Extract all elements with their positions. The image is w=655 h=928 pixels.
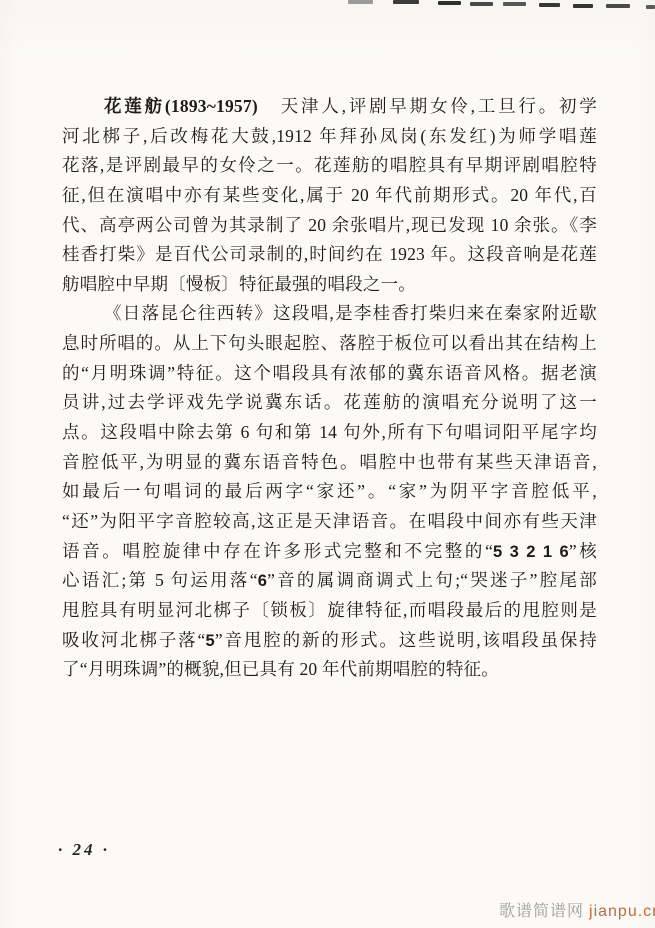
jianpu-note: 5 3 2 1 (493, 543, 559, 561)
text-line: “还”为阳平字音腔较高,这正是天津语音。在唱段中间亦有些天津 (62, 507, 597, 537)
text-run: 的“月明珠调”特征。这个唱段具有浓郁的冀东语音风格。据老演 (62, 363, 597, 383)
text-line: 语音。唱腔旋律中存在许多形式完整和不完整的“5 3 2 1 6”核 (62, 537, 597, 567)
text-run: ”音甩腔的新的形式。这些说明,该唱段虽保持 (215, 630, 597, 650)
text-run: 吸收河北梆子落“ (62, 630, 206, 650)
text-line: 的“月明珠调”特征。这个唱段具有浓郁的冀东语音风格。据老演 (62, 359, 597, 389)
jianpu-note: 5 (206, 632, 215, 650)
entry-title: 花莲舫(1893~1957) (104, 96, 258, 116)
text-line: 河北梆子,后改梅花大鼓,1912 年拜孙凤岗(东发红)为师学唱莲 (62, 122, 597, 152)
text-line: 花落,是评剧最早的女伶之一。花莲舫的唱腔具有早期评剧唱腔特 (62, 151, 597, 181)
text-run: 心语汇;第 5 句运用落“ (62, 570, 258, 590)
paragraph: 花莲舫(1893~1957) 天津人,评剧早期女伶,工旦行。初学河北梆子,后改梅… (62, 92, 597, 299)
dash-mark (438, 1, 461, 5)
text-line: 如最后一句唱词的最后两字“家还”。“家”为阴平字音腔低平, (62, 477, 597, 507)
text-run: 息时所唱的。从上下句头眼起腔、落腔于板位可以看出其在结构上 (62, 333, 597, 353)
article-text: 花莲舫(1893~1957) 天津人,评剧早期女伶,工旦行。初学河北梆子,后改梅… (62, 92, 597, 685)
scanned-page: 花莲舫(1893~1957) 天津人,评剧早期女伶,工旦行。初学河北梆子,后改梅… (0, 0, 655, 928)
text-line: 点。这段唱中除去第 6 句和第 14 句外,所有下句唱词阳平尾字均 (62, 418, 597, 448)
text-run: 员讲,过去学评戏先学说冀东话。花莲舫的演唱充分说明了这一 (62, 392, 597, 412)
jianpu-note: 6 (559, 538, 568, 567)
text-line: 了“月明珠调”的概貌,但已具有 20 年代前期唱腔的特征。 (62, 655, 597, 685)
watermark: 歌谱简谱网jianpu.cn (499, 898, 655, 921)
text-line: 员讲,过去学评戏先学说冀东话。花莲舫的演唱充分说明了这一 (62, 388, 597, 418)
text-line: 征,但在演唱中亦有某些变化,属于 20 年代前期形式。20 年代,百 (62, 181, 597, 211)
text-run: 了“月明珠调”的概貌,但已具有 20 年代前期唱腔的特征。 (62, 659, 499, 679)
text-run: 《日落昆仑往西转》这段唱,是李桂香打柴归来在秦家附近歇 (104, 303, 597, 323)
text-run: 如最后一句唱词的最后两字“家还”。“家”为阴平字音腔低平, (62, 481, 597, 501)
text-line: 吸收河北梆子落“5”音甩腔的新的形式。这些说明,该唱段虽保持 (62, 626, 597, 656)
text-line: 代、高亭两公司曾为其录制了 20 余张唱片,现已发现 10 余张。《李 (62, 211, 597, 241)
text-run: 桂香打柴》是百代公司录制的,时间约在 1923 年。这段音响是花莲 (62, 244, 597, 264)
watermark-site-url: jianpu.cn (589, 903, 655, 920)
page-number: · 24 · (58, 840, 110, 860)
dash-mark (393, 0, 419, 4)
text-line: 《日落昆仑往西转》这段唱,是李桂香打柴归来在秦家附近歇 (62, 299, 597, 329)
dash-mark (348, 0, 373, 4)
text-run: 代、高亭两公司曾为其录制了 20 余张唱片,现已发现 10 余张。《李 (62, 215, 597, 235)
jianpu-note: 6 (258, 567, 267, 596)
text-line: 息时所唱的。从上下句头眼起腔、落腔于板位可以看出其在结构上 (62, 329, 597, 359)
dash-mark (539, 3, 560, 7)
text-run: ”音的属调商调式上句;“哭迷子”腔尾部 (267, 570, 597, 590)
text-run: “还”为阳平字音腔较高,这正是天津语音。在唱段中间亦有些天津 (62, 511, 597, 531)
dash-mark (646, 5, 655, 9)
watermark-site-name: 歌谱简谱网 (499, 903, 584, 920)
dash-mark (470, 2, 493, 6)
text-run: 舫唱腔中早期〔慢板〕特征最强的唱段之一。 (62, 274, 416, 294)
text-run: 征,但在演唱中亦有某些变化,属于 20 年代前期形式。20 年代,百 (62, 185, 597, 205)
text-run: 甩腔具有明显河北梆子〔锁板〕旋律特征,而唱段最后的甩腔则是 (62, 600, 597, 620)
text-line: 音腔低平,为明显的冀东语音特色。唱腔中也带有某些天津语音, (62, 448, 597, 478)
text-run: 语音。唱腔旋律中存在许多形式完整和不完整的“ (62, 541, 493, 561)
text-line: 桂香打柴》是百代公司录制的,时间约在 1923 年。这段音响是花莲 (62, 240, 597, 270)
text-run: 花落,是评剧最早的女伶之一。花莲舫的唱腔具有早期评剧唱腔特 (62, 155, 597, 175)
text-run: 河北梆子,后改梅花大鼓,1912 年拜孙凤岗(东发红)为师学唱莲 (62, 126, 597, 146)
text-run: 天津人,评剧早期女伶,工旦行。初学 (258, 96, 597, 116)
text-line: 甩腔具有明显河北梆子〔锁板〕旋律特征,而唱段最后的甩腔则是 (62, 596, 597, 626)
text-run: ”核 (569, 541, 597, 561)
text-line: 花莲舫(1893~1957) 天津人,评剧早期女伶,工旦行。初学 (62, 92, 597, 122)
dash-mark (573, 4, 593, 8)
text-run: 音腔低平,为明显的冀东语音特色。唱腔中也带有某些天津语音, (62, 452, 597, 472)
binding-dash-marks (0, 0, 655, 12)
paragraph: 《日落昆仑往西转》这段唱,是李桂香打柴归来在秦家附近歇息时所唱的。从上下句头眼起… (62, 299, 597, 684)
dash-mark (606, 4, 630, 8)
text-line: 舫唱腔中早期〔慢板〕特征最强的唱段之一。 (62, 270, 597, 300)
text-line: 心语汇;第 5 句运用落“6”音的属调商调式上句;“哭迷子”腔尾部 (62, 566, 597, 596)
dash-mark (503, 2, 526, 6)
text-run: 点。这段唱中除去第 6 句和第 14 句外,所有下句唱词阳平尾字均 (62, 422, 597, 442)
